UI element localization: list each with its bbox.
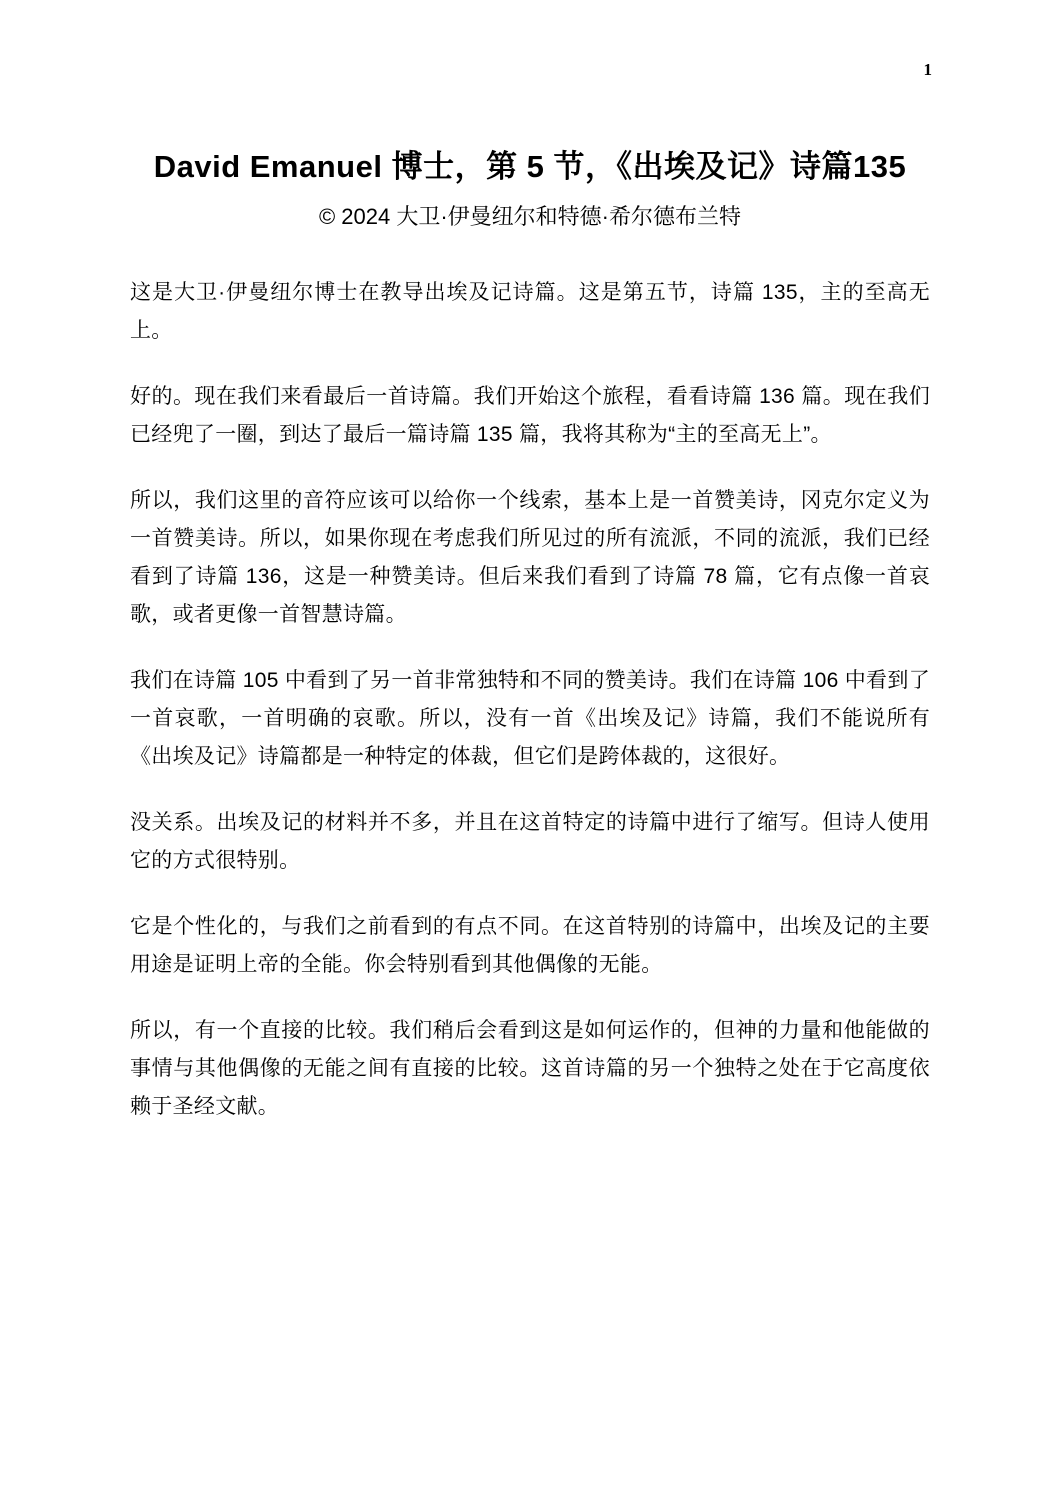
page-number: 1 <box>924 60 933 80</box>
paragraph: 没关系。出埃及记的材料并不多，并且在这首特定的诗篇中进行了缩写。但诗人使用它的方… <box>130 804 930 880</box>
paragraph: 它是个性化的，与我们之前看到的有点不同。在这首特别的诗篇中，出埃及记的主要用途是… <box>130 908 930 984</box>
paragraph: 我们在诗篇 105 中看到了另一首非常独特和不同的赞美诗。我们在诗篇 106 中… <box>130 662 930 776</box>
document-body: 这是大卫·伊曼纽尔博士在教导出埃及记诗篇。这是第五节，诗篇 135，主的至高无上… <box>130 274 930 1126</box>
document-title: David Emanuel 博士，第 5 节，《出埃及记》诗篇135 <box>130 141 930 193</box>
paragraph: 这是大卫·伊曼纽尔博士在教导出埃及记诗篇。这是第五节，诗篇 135，主的至高无上… <box>130 274 930 350</box>
document-page: 1 David Emanuel 博士，第 5 节，《出埃及记》诗篇135 © 2… <box>0 0 1058 1497</box>
paragraph: 所以，我们这里的音符应该可以给你一个线索，基本上是一首赞美诗，冈克尔定义为一首赞… <box>130 482 930 634</box>
paragraph: 好的。现在我们来看最后一首诗篇。我们开始这个旅程，看看诗篇 136 篇。现在我们… <box>130 378 930 454</box>
paragraph: 所以，有一个直接的比较。我们稍后会看到这是如何运作的，但神的力量和他能做的事情与… <box>130 1012 930 1126</box>
copyright-line: © 2024 大卫·伊曼纽尔和特德·希尔德布兰特 <box>130 203 930 232</box>
